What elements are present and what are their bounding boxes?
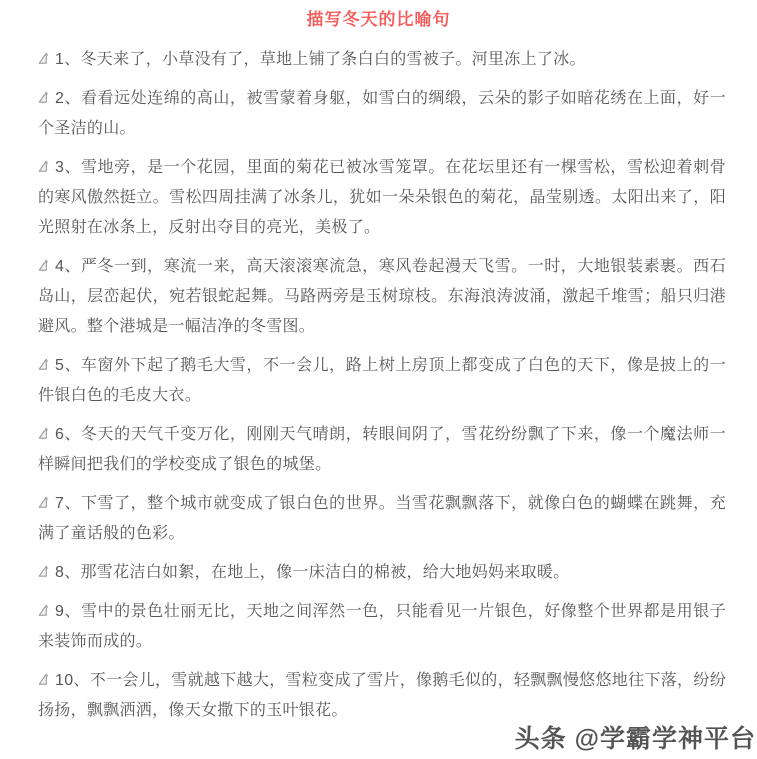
list-item-text: 7、下雪了，整个城市就变成了银白色的世界。当雪花飘飘落下，就像白色的蝴蝶在跳舞，… bbox=[38, 495, 726, 542]
list-item: 10、不一会儿，雪就越下越大，雪粒变成了雪片，像鹅毛似的，轻飘飘慢悠悠地往下落，… bbox=[38, 666, 726, 726]
list-item: 7、下雪了，整个城市就变成了银白色的世界。当雪花飘飘落下，就像白色的蝴蝶在跳舞，… bbox=[38, 489, 726, 549]
page-title: 描写冬天的比喻句 bbox=[0, 0, 757, 31]
list-item-text: 2、看看远处连绵的高山，被雪蒙着身躯，如雪白的绸缎，云朵的影子如暗花绣在上面，好… bbox=[38, 90, 726, 137]
list-item-text: 4、严冬一到，寒流一来，高天滚滚寒流急，寒风卷起漫天飞雪。一时，大地银装素裹。西… bbox=[38, 258, 726, 335]
list-item-text: 3、雪地旁，是一个花园，里面的菊花已被冰雪笼罩。在花坛里还有一棵雪松，雪松迎着刺… bbox=[38, 159, 726, 236]
list-item-text: 9、雪中的景色壮丽无比，天地之间浑然一色，只能看见一片银色，好像整个世界都是用银… bbox=[38, 603, 726, 650]
triangle-ruler-icon bbox=[38, 358, 49, 371]
watermark: 头条 @学霸学神平台 bbox=[515, 719, 756, 755]
list-item: 6、冬天的天气千变万化，刚刚天气晴朗，转眼间阴了，雪花纷纷飘了下来，像一个魔法师… bbox=[38, 420, 726, 480]
list-item-text: 1、冬天来了，小草没有了，草地上铺了条白白的雪被子。河里冻上了冰。 bbox=[55, 51, 586, 68]
triangle-ruler-icon bbox=[38, 565, 49, 578]
list-item: 8、那雪花洁白如絮，在地上，像一床洁白的棉被，给大地妈妈来取暖。 bbox=[38, 558, 726, 588]
triangle-ruler-icon bbox=[38, 673, 49, 686]
triangle-ruler-icon bbox=[38, 427, 49, 440]
triangle-ruler-icon bbox=[38, 52, 49, 65]
list-item-text: 5、车窗外下起了鹅毛大雪，不一会儿，路上树上房顶上都变成了白色的天下，像是披上的… bbox=[38, 357, 726, 404]
list-item: 1、冬天来了，小草没有了，草地上铺了条白白的雪被子。河里冻上了冰。 bbox=[38, 45, 726, 75]
article-page: 描写冬天的比喻句 1、冬天来了，小草没有了，草地上铺了条白白的雪被子。河里冻上了… bbox=[0, 0, 757, 759]
triangle-ruler-icon bbox=[38, 604, 49, 617]
list-item: 2、看看远处连绵的高山，被雪蒙着身躯，如雪白的绸缎，云朵的影子如暗花绣在上面，好… bbox=[38, 84, 726, 144]
list-item: 9、雪中的景色壮丽无比，天地之间浑然一色，只能看见一片银色，好像整个世界都是用银… bbox=[38, 597, 726, 657]
list-item-text: 8、那雪花洁白如絮，在地上，像一床洁白的棉被，给大地妈妈来取暖。 bbox=[55, 564, 570, 581]
triangle-ruler-icon bbox=[38, 496, 49, 509]
list-item: 3、雪地旁，是一个花园，里面的菊花已被冰雪笼罩。在花坛里还有一棵雪松，雪松迎着刺… bbox=[38, 153, 726, 243]
article-content: 1、冬天来了，小草没有了，草地上铺了条白白的雪被子。河里冻上了冰。 2、看看远处… bbox=[0, 31, 757, 726]
list-item-text: 6、冬天的天气千变万化，刚刚天气晴朗，转眼间阴了，雪花纷纷飘了下来，像一个魔法师… bbox=[38, 426, 726, 473]
list-item: 5、车窗外下起了鹅毛大雪，不一会儿，路上树上房顶上都变成了白色的天下，像是披上的… bbox=[38, 351, 726, 411]
list-item: 4、严冬一到，寒流一来，高天滚滚寒流急，寒风卷起漫天飞雪。一时，大地银装素裹。西… bbox=[38, 252, 726, 342]
triangle-ruler-icon bbox=[38, 259, 49, 272]
triangle-ruler-icon bbox=[38, 91, 49, 104]
list-item-text: 10、不一会儿，雪就越下越大，雪粒变成了雪片，像鹅毛似的，轻飘飘慢悠悠地往下落，… bbox=[38, 672, 726, 719]
triangle-ruler-icon bbox=[38, 160, 49, 173]
